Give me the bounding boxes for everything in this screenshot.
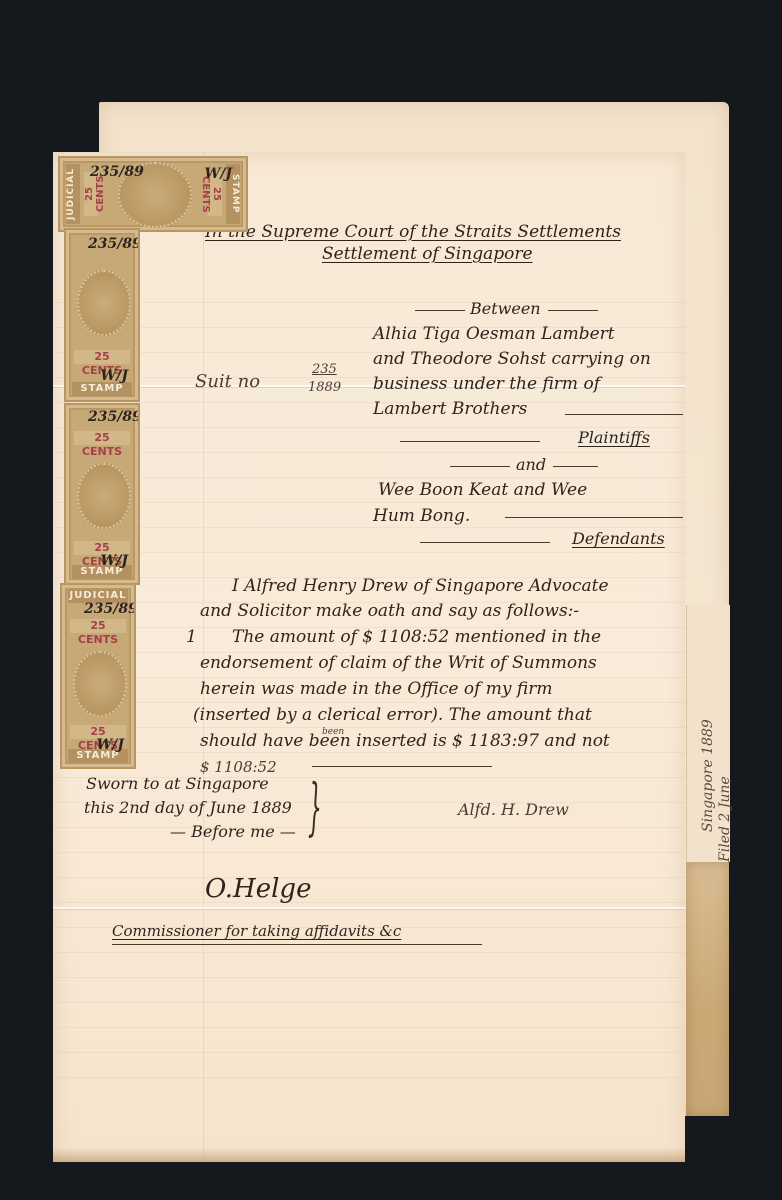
body-line: endorsement of claim of the Writ of Summ… — [200, 653, 597, 673]
body-line: (inserted by a clerical error). The amou… — [193, 705, 592, 725]
stamp-cancel-initials: W/J — [101, 553, 128, 569]
court-heading-line2: Settlement of Singapore — [322, 244, 533, 264]
jurat-line: Sworn to at Singapore — [86, 774, 269, 794]
plaintiffs-label: Plaintiffs — [578, 428, 650, 448]
judicial-stamp: 25 CENTS 25 CENTS STAMP 235/89 W/J — [64, 403, 140, 585]
defendants-label: Defendants — [572, 529, 665, 549]
docket-endorsement: Singapore 1889 Filed 2 June — [700, 719, 734, 862]
suit-label: Suit no — [195, 372, 260, 392]
body-line: should have been inserted is $ 1183:97 a… — [200, 731, 610, 751]
plaintiff-line: business under the firm of — [373, 374, 600, 394]
body-line: and Solicitor make oath and say as follo… — [200, 601, 579, 621]
back-sheet-edge — [686, 862, 729, 1116]
stamp-case-number: 235/89 — [88, 236, 140, 252]
stamp-case-number: 235/89 — [84, 601, 136, 617]
commissioner-title: Commissioner for taking affidavits &c — [112, 921, 401, 941]
stamp-label: JUDICIAL — [66, 164, 80, 224]
jurat-line: — Before me — — [170, 822, 296, 842]
stamp-cancel-initials: W/J — [205, 166, 232, 182]
stamp-label: STAMP — [72, 382, 132, 396]
body-line: herein was made in the Office of my firm — [200, 679, 552, 699]
judicial-stamp: 25 CENTS STAMP 235/89 W/J — [64, 228, 140, 402]
defendant-line: Wee Boon Keat and Wee — [378, 480, 587, 500]
judicial-stamp: JUDICIAL 25 CENTS 25 CENTS STAMP 235/89 … — [58, 156, 248, 232]
plaintiff-line: Alhia Tiga Oesman Lambert — [373, 324, 615, 344]
and-label: and — [516, 455, 546, 475]
docket-line: Filed 2 June — [717, 719, 734, 862]
suit-year: 1889 — [308, 378, 341, 398]
between-label: Between — [470, 299, 541, 319]
plaintiff-line: and Theodore Sohst carrying on — [373, 349, 651, 369]
stamp-value: 25 CENTS — [74, 350, 130, 364]
paragraph-number: 1 — [186, 627, 197, 647]
queen-portrait-icon — [73, 651, 127, 717]
defendant-line: Hum Bong. — [373, 506, 470, 526]
jurat-brace: } — [308, 772, 322, 842]
paper-stain — [53, 1148, 685, 1162]
stamp-case-number: 235/89 — [88, 409, 140, 425]
suit-number: 235 — [312, 360, 337, 380]
stamp-cancel-initials: W/J — [97, 737, 124, 753]
judicial-stamp: JUDICIAL 25 CENTS 25 CENTS STAMP 235/89 … — [60, 583, 136, 769]
stamp-value: 25 CENTS — [74, 431, 130, 445]
body-line: The amount of $ 1108:52 mentioned in the — [232, 627, 601, 647]
stamp-cancel-initials: W/J — [101, 368, 128, 384]
deponent-signature: Alfd. H. Drew — [458, 800, 569, 820]
jurat-line: this 2nd day of June 1889 — [84, 798, 292, 818]
court-heading-line1: In the Supreme Court of the Straits Sett… — [205, 222, 621, 242]
body-line: I Alfred Henry Drew of Singapore Advocat… — [232, 576, 609, 596]
fold-crease — [53, 907, 685, 909]
stamp-value: 25 CENTS — [70, 619, 126, 633]
stamp-case-number: 235/89 — [90, 164, 144, 180]
queen-portrait-icon — [77, 463, 131, 529]
docket-line: Singapore 1889 — [700, 719, 717, 862]
queen-portrait-icon — [77, 270, 131, 336]
commissioner-signature: O.Helge — [205, 874, 311, 904]
plaintiff-line: Lambert Brothers — [373, 399, 527, 419]
